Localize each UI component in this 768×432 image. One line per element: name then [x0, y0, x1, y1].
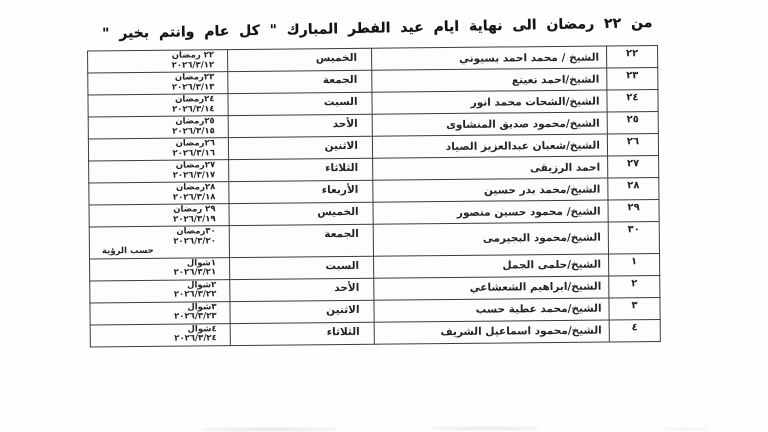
date-cell: ٢٥رمضان ٢٠٢٦/٣/١٥: [88, 116, 228, 139]
gregorian-date: ٢٠٢٦/٣/٢٤: [93, 334, 217, 345]
date-cell: ٢٧رمضان ٢٠٢٦/٣/١٧: [89, 160, 229, 183]
gregorian-date: ٢٠٢٦/٣/٢١: [92, 268, 216, 279]
weekday-cell: الأحد: [228, 114, 372, 137]
ramadan-eid-schedule-table: ٢٢ الشيخ / محمد احمد بسيوني الخميس ٢٢ رم…: [87, 45, 661, 347]
gregorian-date: ٢٠٢٦/٣/١٢: [90, 61, 214, 72]
date-cell: ٢٨رمضان ٢٠٢٦/٣/١٨: [89, 182, 229, 205]
sheikh-name-cell: الشيخ / محمد احمد بسيوني: [372, 46, 607, 70]
sheikh-name-cell: الشيخ/محمد بدر حسين: [373, 178, 608, 202]
weekday-cell: الخميس: [229, 202, 373, 225]
gregorian-date: ٢٠٢٦/٣/١٤: [91, 105, 215, 116]
weekday-cell: الجمعة: [228, 70, 372, 93]
date-cell: ٤شوال ٢٠٢٦/٣/٢٤: [90, 323, 230, 346]
date-cell: ٢٤رمضان ٢٠٢٦/٣/١٤: [88, 94, 228, 117]
day-number-cell: ٢٨: [608, 177, 659, 199]
day-number-cell: ٣: [609, 297, 660, 319]
date-cell: ٢٦رمضان ٢٠٢٦/٣/١٦: [88, 138, 228, 161]
day-number-cell: ٣٠: [608, 221, 659, 253]
date-cell: ٣٠رمضان ٢٠٢٦/٣/٢٠ حسب الرؤية: [89, 226, 229, 259]
gregorian-date: ٢٠٢٦/٣/٢٣: [93, 312, 217, 323]
gregorian-date: ٢٠٢٦/٣/١٣: [90, 83, 214, 94]
sheikh-name-cell: الشيخ/شعبان عبدالعزيز الصياد: [372, 134, 607, 158]
gregorian-date: ٢٠٢٦/٣/١٨: [91, 193, 215, 204]
document-title: من ٢٢ رمضان الى نهاية ايام عيد الفطر الم…: [102, 15, 653, 42]
gregorian-date: ٢٠٢٦/٣/٢٢: [92, 290, 216, 301]
sheikh-name-cell: الشيخ/ابراهيم الشعشاعي: [374, 275, 609, 299]
day-number-cell: ٢٤: [607, 90, 658, 112]
day-number-cell: ٢٩: [608, 199, 659, 221]
day-number-cell: ٢٢: [607, 46, 658, 68]
weekday-cell: الأحد: [230, 278, 374, 301]
gregorian-date: ٢٠٢٦/٣/١٦: [91, 149, 215, 160]
day-number-cell: ٢٣: [607, 68, 658, 90]
gregorian-date: ٢٠٢٦/٣/١٧: [91, 171, 215, 182]
date-cell: ٢٩ رمضان ٢٠٢٦/٣/١٩: [89, 204, 229, 227]
date-cell: ٣شوال ٢٠٢٦/٣/٢٣: [90, 301, 230, 324]
sheikh-name-cell: الشيخ/محمود البجيرمى: [373, 222, 608, 256]
scanned-document-page: من ٢٢ رمضان الى نهاية ايام عيد الفطر الم…: [0, 0, 768, 432]
sheikh-name-cell: احمد الرزيقى: [373, 156, 608, 180]
weekday-cell: السبت: [230, 256, 374, 279]
sheikh-name-cell: الشيخ/الشحات محمد انور: [372, 90, 607, 114]
weekday-cell: الثلاثاء: [230, 322, 374, 345]
date-cell: ٢٣رمضان ٢٠٢٦/٣/١٣: [88, 72, 228, 95]
sheikh-name-cell: الشيخ/حلمى الجمل: [374, 253, 609, 277]
moon-sighting-note: حسب الرؤية: [92, 246, 216, 257]
sheikh-name-cell: الشيخ/احمد نعينع: [372, 68, 607, 92]
scan-artifact: [660, 428, 710, 430]
day-number-cell: ١: [608, 253, 659, 275]
weekday-cell: الأربعاء: [229, 180, 373, 203]
day-number-cell: ٢٦: [607, 134, 658, 156]
day-number-cell: ٢: [609, 275, 660, 297]
day-number-cell: ٢٧: [608, 155, 659, 177]
weekday-cell: الاثنين: [228, 136, 372, 159]
sheikh-name-cell: الشيخ/محمد عطية حسب: [374, 297, 609, 321]
day-number-cell: ٢٥: [607, 112, 658, 134]
date-cell: ٢٢ رمضان ٢٠٢٦/٣/١٢: [88, 50, 228, 73]
sheikh-name-cell: الشيخ/ محمود حسين منصور: [373, 200, 608, 224]
sheikh-name-cell: الشيخ/محمود اسماعيل الشريف: [374, 319, 609, 343]
scan-artifact: [430, 427, 540, 430]
weekday-cell: الثلاثاء: [229, 158, 373, 181]
schedule-rows: ٢٢ الشيخ / محمد احمد بسيوني الخميس ٢٢ رم…: [88, 46, 661, 347]
date-cell: ١شوال ٢٠٢٦/٣/٢١: [90, 257, 230, 280]
weekday-cell: الاثنين: [230, 300, 374, 323]
gregorian-date: ٢٠٢٦/٣/١٥: [91, 127, 215, 138]
gregorian-date: ٢٠٢٦/٣/١٩: [92, 215, 216, 226]
weekday-cell: السبت: [228, 92, 372, 115]
scan-artifact: [200, 428, 340, 431]
weekday-cell: الخميس: [228, 48, 372, 71]
table-row: ٤ الشيخ/محمود اسماعيل الشريف الثلاثاء ٤ش…: [90, 319, 660, 346]
sheikh-name-cell: الشيخ/محمود صديق المنشاوى: [372, 112, 607, 136]
weekday-cell: الجمعة: [229, 224, 373, 257]
date-cell: ٢شوال ٢٠٢٦/٣/٢٢: [90, 279, 230, 302]
day-number-cell: ٤: [609, 319, 660, 341]
